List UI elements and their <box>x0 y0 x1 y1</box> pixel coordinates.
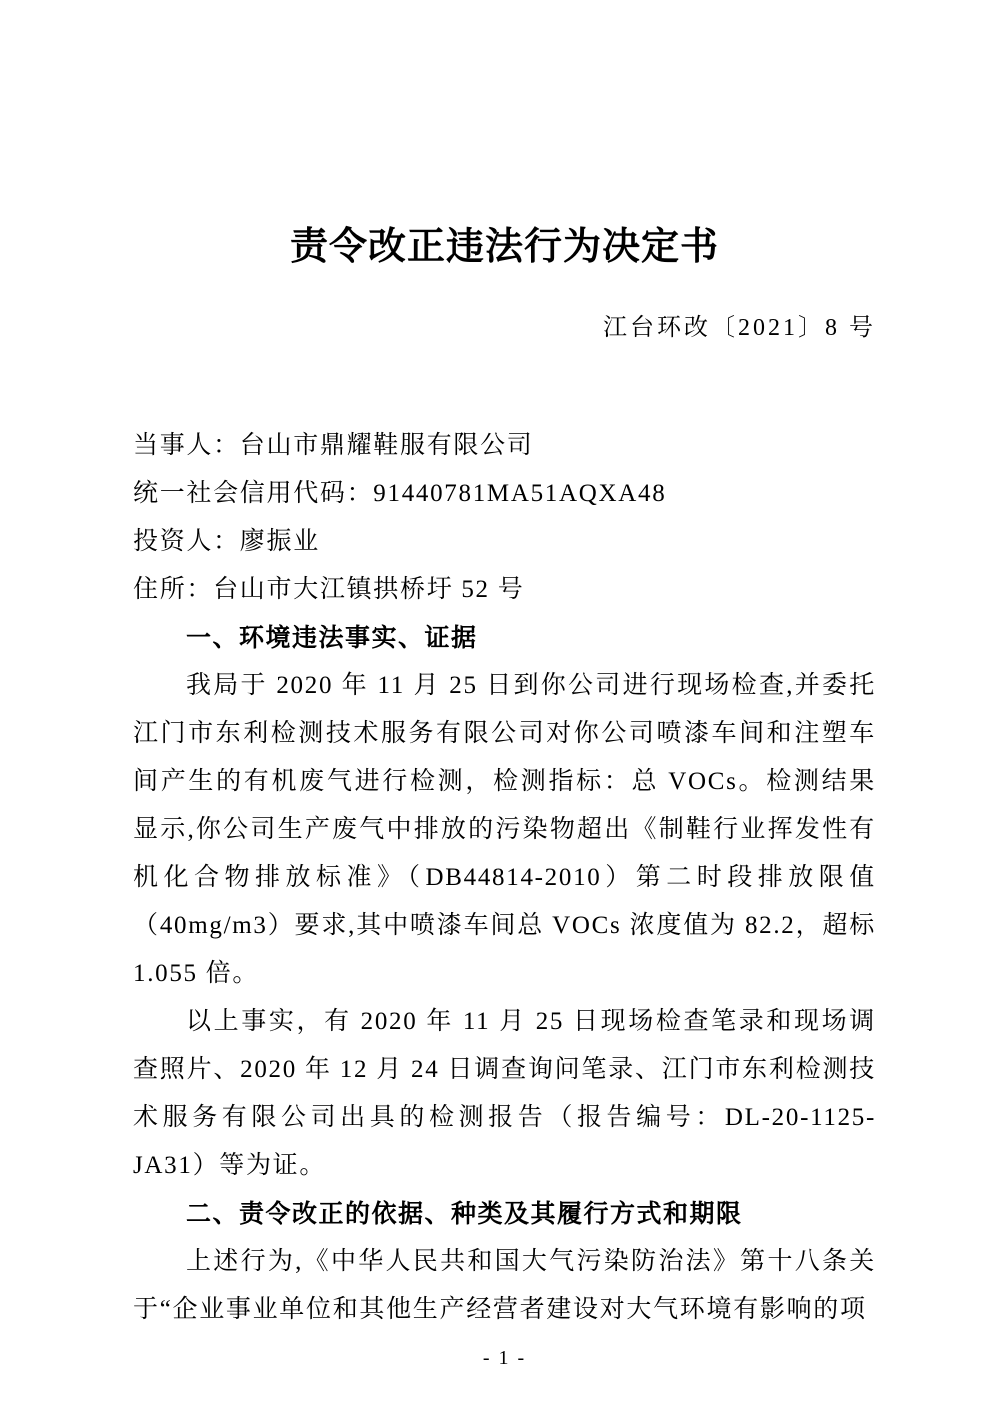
document-page: 责令改正违法行为决定书 江台环改〔2021〕8 号 当事人：台山市鼎耀鞋服有限公… <box>0 0 992 1403</box>
section1-heading: 一、环境违法事实、证据 <box>133 614 876 662</box>
credit-code-line: 统一社会信用代码：91440781MA51AQXA48 <box>133 470 876 518</box>
document-body: 当事人：台山市鼎耀鞋服有限公司 统一社会信用代码：91440781MA51AQX… <box>133 422 876 1334</box>
page-number: - 1 - <box>133 1344 876 1372</box>
address-line: 住所：台山市大江镇拱桥圩 52 号 <box>133 566 876 614</box>
section1-paragraph-2: 以上事实，有 2020 年 11 月 25 日现场检查笔录和现场调查照片、202… <box>133 998 876 1190</box>
section2-paragraph-1: 上述行为,《中华人民共和国大气污染防治法》第十八条关于“企业事业单位和其他生产经… <box>133 1238 876 1334</box>
party-name-line: 当事人：台山市鼎耀鞋服有限公司 <box>133 422 876 470</box>
section1-paragraph-1: 我局于 2020 年 11 月 25 日到你公司进行现场检查,并委托江门市东利检… <box>133 662 876 998</box>
section2-heading: 二、责令改正的依据、种类及其履行方式和期限 <box>133 1190 876 1238</box>
document-title: 责令改正违法行为决定书 <box>133 224 876 270</box>
document-number: 江台环改〔2021〕8 号 <box>133 312 876 344</box>
investor-line: 投资人：廖振业 <box>133 518 876 566</box>
